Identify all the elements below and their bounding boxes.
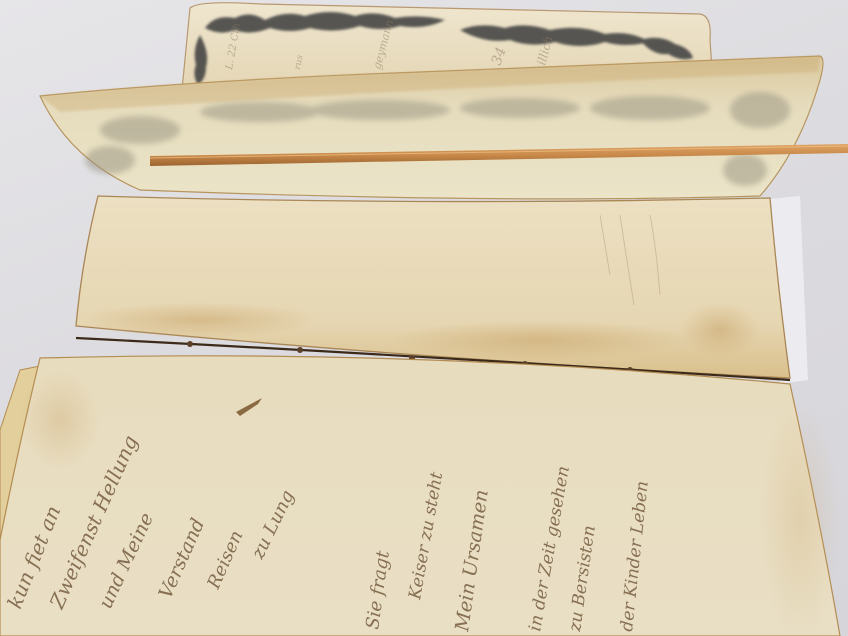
manuscript-photo: L. 22 Cth rus geymann 34 illich xyxy=(0,0,848,636)
folded-leaf xyxy=(40,56,823,199)
photo-scene: L. 22 Cth rus geymann 34 illich xyxy=(0,0,848,636)
blank-middle-page xyxy=(76,196,790,378)
handwritten-page: kun fiet an Zweifenst Hellung und Meine … xyxy=(0,356,840,636)
